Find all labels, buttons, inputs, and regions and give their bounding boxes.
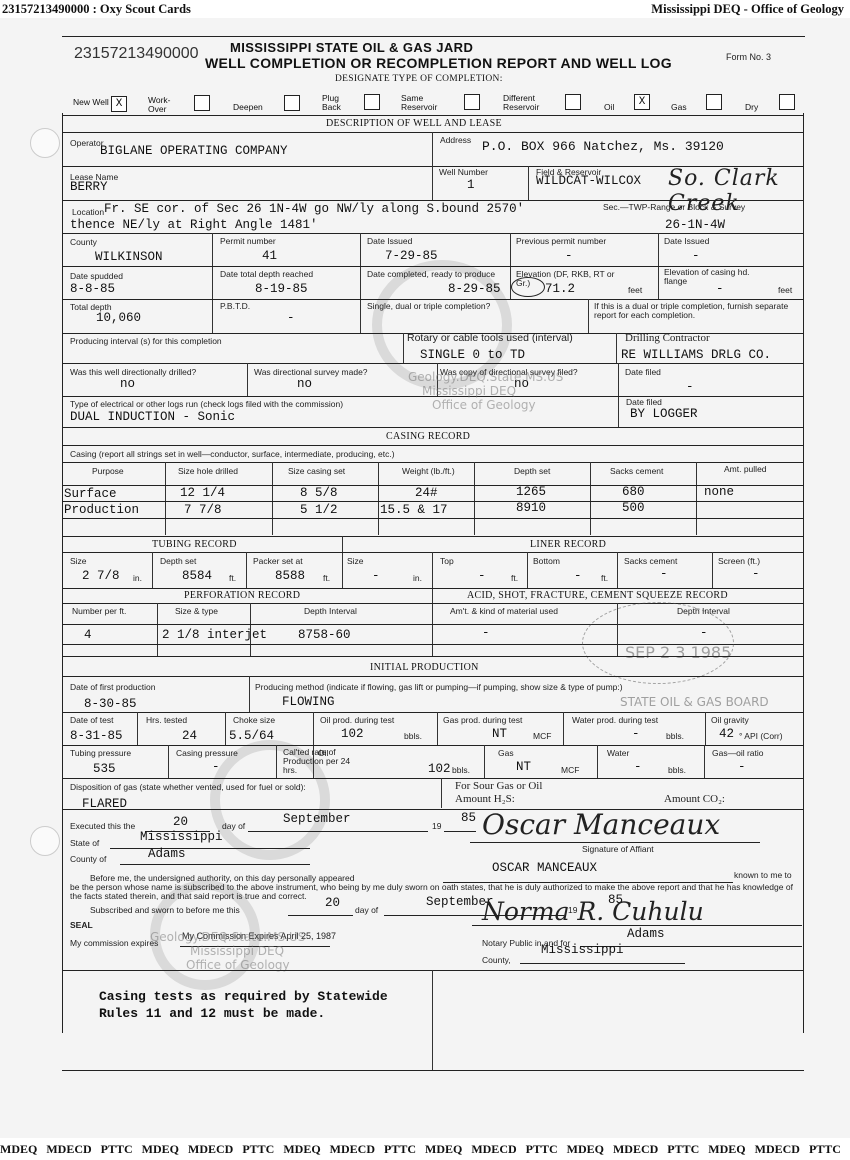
casing-cell: 5 1/2 — [300, 503, 338, 517]
label-gas: Gas — [671, 103, 687, 112]
form-title: WELL COMPLETION OR RECOMPLETION REPORT A… — [205, 55, 672, 71]
td-reached-value: 8-19-85 — [255, 282, 308, 296]
divider — [62, 36, 805, 37]
affiant-signature: Oscar Manceaux — [482, 808, 720, 841]
gas-test-unit: MCF — [533, 732, 551, 741]
watermark-text: Geology.DEQ.State.MS.US — [408, 370, 563, 384]
day-of-label: day of — [222, 822, 245, 831]
frame-left — [62, 113, 63, 1033]
divider — [62, 536, 804, 537]
commission-label: My commission expires — [70, 939, 158, 948]
punch-hole-icon — [30, 128, 60, 158]
well-number-label: Well Number — [439, 168, 488, 177]
acid-col-header: Am't. & kind of material used — [450, 607, 558, 616]
divider — [246, 552, 247, 588]
casing-col-header: Weight (lb./ft.) — [402, 467, 455, 476]
perf-cell: 4 — [84, 628, 92, 642]
label-different-reservoir: Different Reservoir — [503, 94, 553, 111]
well-number-value: 1 — [467, 178, 475, 192]
tubing-size-label: Size — [70, 557, 87, 566]
divider — [563, 712, 564, 745]
casing-cell: Surface — [64, 487, 117, 501]
casing-elevation-value: - — [716, 282, 724, 296]
first-production-label: Date of first production — [70, 683, 156, 692]
producing-interval-label: Producing interval (s) for this completi… — [70, 337, 222, 346]
divider — [137, 712, 138, 745]
divider — [590, 462, 591, 535]
logs-value: DUAL INDUCTION - Sonic — [70, 410, 235, 424]
gas-test-value: NT — [492, 727, 507, 741]
checkbox-new-well[interactable]: X — [111, 96, 127, 112]
first-production-value: 8-30-85 — [84, 697, 137, 711]
producing-method-label: Producing method (indicate if flowing, g… — [255, 683, 623, 692]
date-issued-label: Date Issued — [367, 237, 412, 246]
gor-label: Gas—oil ratio — [712, 749, 764, 758]
divider — [62, 427, 804, 428]
section-liner: LINER RECORD — [530, 539, 606, 550]
prev-date-issued-label: Date Issued — [664, 237, 709, 246]
water-unit: bbls. — [668, 766, 686, 775]
divider — [62, 299, 804, 300]
casing-cell: 8910 — [516, 501, 546, 515]
acid-cell: - — [482, 626, 490, 640]
divider — [588, 299, 589, 333]
divider — [62, 501, 804, 502]
perf-col-header: Size & type — [175, 607, 218, 616]
date-spudded-value: 8-8-85 — [70, 282, 115, 296]
underline — [520, 963, 685, 964]
survey-value: no — [297, 377, 312, 391]
divider — [62, 676, 804, 677]
divider — [616, 333, 617, 363]
location-line1: Fr. SE cor. of Sec 26 1N-4W go NW/ly alo… — [104, 202, 524, 216]
executed-label: Executed this the — [70, 822, 135, 831]
perf-cell: 2 1/8 interjet — [162, 628, 267, 642]
divider — [62, 200, 804, 201]
notary-signature: Norma R. Cuhulu — [482, 897, 704, 926]
designate-label: DESIGNATE TYPE OF COMPLETION: — [335, 74, 503, 84]
divider — [247, 363, 248, 396]
divider — [212, 233, 213, 333]
water-value: - — [634, 760, 642, 774]
casing-cell: 1265 — [516, 485, 546, 499]
frame-right — [803, 113, 804, 1033]
field-value: WILDCAT-WILCOX — [536, 174, 641, 188]
liner-size-label: Size — [347, 557, 364, 566]
label-oil: Oil — [604, 103, 614, 112]
date-completed-label: Date completed, ready to produce — [367, 270, 502, 279]
divider — [712, 552, 713, 588]
choke-size-value: 5.5/64 — [229, 729, 274, 743]
state-value: Mississippi — [140, 830, 223, 844]
divider — [249, 676, 250, 712]
operator-value: BIGLANE OPERATING COMPANY — [100, 144, 288, 158]
label-dry: Dry — [745, 103, 758, 112]
oil-gravity-unit: ° API (Corr) — [739, 732, 783, 741]
checkbox-same-reservoir[interactable] — [464, 94, 480, 110]
divider — [62, 712, 804, 713]
county2-label: County, — [482, 956, 511, 965]
address-label: Address — [440, 136, 471, 145]
affiant-name: OSCAR MANCEAUX — [492, 861, 597, 875]
agency-title: Mississippi DEQ - Office of Geology — [651, 2, 844, 17]
casing-col-header: Amt. pulled — [724, 465, 767, 474]
circled-df-mark — [511, 277, 545, 297]
rotary-label: Rotary or cable tools used (interval) — [407, 333, 573, 344]
casing-cell: 680 — [622, 485, 645, 499]
date-issued-value: 7-29-85 — [385, 249, 438, 263]
liner-bottom-label: Bottom — [533, 557, 560, 566]
label-new-well: New Well — [73, 98, 109, 107]
divider — [62, 233, 804, 234]
permit-label: Permit number — [220, 237, 276, 246]
co2-label: Amount CO₂: — [664, 794, 725, 806]
remarks-line2: Rules 11 and 12 must be made. — [99, 1005, 325, 1022]
sour-gas-label: For Sour Gas or Oil — [455, 781, 542, 793]
document-id: 23157213490000 — [74, 45, 199, 63]
perf-col-header: Depth Interval — [304, 607, 357, 616]
casing-elevation-unit: feet — [778, 286, 792, 295]
subscribed-day: 20 — [325, 896, 340, 910]
stamp-text: STATE OIL & GAS BOARD — [620, 695, 769, 709]
hours-tested-value: 24 — [182, 729, 197, 743]
date-spudded-label: Date spudded — [70, 272, 123, 281]
divider — [403, 333, 404, 363]
section-perforation: PERFORATION RECORD — [184, 590, 300, 601]
water-test-unit: bbls. — [666, 732, 684, 741]
logs-date-filed-value: BY LOGGER — [630, 407, 698, 421]
oil-test-unit: bbls. — [404, 732, 422, 741]
gas-unit: MCF — [561, 766, 579, 775]
rotary-value: SINGLE 0 to TD — [420, 348, 525, 362]
casing-cell: 7 7/8 — [184, 503, 222, 517]
oil-gravity-value: 42 — [719, 727, 734, 741]
previous-permit-value: - — [565, 249, 573, 263]
address-value: P.O. BOX 966 Natchez, Ms. 39120 — [482, 139, 724, 154]
tubing-size-value: 2 7/8 — [82, 569, 120, 583]
divider — [62, 132, 804, 133]
underline — [288, 915, 353, 916]
divider — [527, 552, 528, 588]
gor-value: - — [738, 760, 746, 774]
divider — [704, 745, 705, 778]
sec-twp-value: 26-1N-4W — [665, 218, 725, 232]
date-filed-label: Date filed — [625, 368, 661, 377]
liner-screen-value: - — [752, 567, 760, 581]
underline — [120, 864, 310, 865]
section-tubing: TUBING RECORD — [152, 539, 237, 550]
document-title: 23157213490000 : Oxy Scout Cards — [2, 2, 191, 17]
divider — [441, 778, 442, 808]
divider — [432, 970, 433, 1070]
contractor-value: RE WILLIAMS DRLG CO. — [621, 348, 771, 362]
checkbox-deepen[interactable] — [284, 95, 300, 111]
oil-unit: bbls. — [452, 766, 470, 775]
divider — [62, 445, 804, 446]
elevation-unit: feet — [628, 286, 642, 295]
lease-value: BERRY — [70, 180, 108, 194]
divider — [437, 712, 438, 745]
stamp-date: SEP 2 3 1985 — [625, 643, 731, 662]
test-date-value: 8-31-85 — [70, 729, 123, 743]
divider — [62, 656, 804, 657]
perf-cell: 8758-60 — [298, 628, 351, 642]
punch-hole-icon — [30, 826, 60, 856]
tubing-pressure-label: Tubing pressure — [70, 749, 131, 758]
directional-label: Was this well directionally drilled? — [70, 368, 196, 377]
elevation-value: 71.2 — [545, 282, 575, 296]
divider — [62, 778, 804, 779]
tubing-depth-value: 8584 — [182, 569, 212, 583]
tubing-size-unit: in. — [133, 574, 142, 583]
checkbox-gas[interactable] — [706, 94, 722, 110]
header-bar: 23157213490000 : Oxy Scout Cards Mississ… — [0, 0, 850, 18]
underline — [470, 842, 760, 843]
liner-screen-label: Screen (ft.) — [718, 557, 760, 566]
divider — [225, 712, 226, 745]
divider — [62, 588, 804, 589]
divider — [474, 462, 475, 535]
divider — [342, 536, 343, 588]
casing-cell: 500 — [622, 501, 645, 515]
county-of-value: Adams — [148, 847, 186, 861]
watermark-text: Geology.DEQ.State.MS.US — [150, 930, 305, 944]
form-agency-title: MISSISSIPPI STATE OIL & GAS JARD — [230, 40, 473, 55]
county-of-label: County of — [70, 855, 106, 864]
section-casing: CASING RECORD — [386, 431, 470, 442]
casing-note: Casing (report all strings set in well—c… — [70, 450, 395, 459]
label-deepen: Deepen — [233, 103, 263, 112]
notary-state-value: Mississippi — [541, 943, 624, 957]
divider — [62, 603, 804, 604]
choke-size-label: Choke size — [233, 716, 275, 725]
divider — [157, 603, 158, 656]
packer-label: Packer set at — [253, 557, 303, 566]
underline — [110, 848, 310, 849]
oil-value: 102 — [428, 762, 451, 776]
divider — [62, 1070, 804, 1071]
executed-year: 85 — [461, 811, 476, 825]
packer-value: 8588 — [275, 569, 305, 583]
label-plug-back: Plug Back — [322, 94, 352, 111]
divider — [62, 552, 804, 553]
liner-sacks-value: - — [660, 567, 668, 581]
divider — [432, 166, 433, 200]
liner-size-unit: in. — [413, 574, 422, 583]
casing-pressure-label: Casing pressure — [176, 749, 238, 758]
casing-col-header: Sacks cement — [610, 467, 663, 476]
divider — [272, 462, 273, 535]
location-label: Location — [72, 208, 104, 217]
seal-label: SEAL — [70, 921, 93, 930]
directional-value: no — [120, 377, 135, 391]
location-line2: thence NE/ly at Right Angle 1481' — [70, 218, 318, 232]
checkbox-different-reservoir[interactable] — [565, 94, 581, 110]
date-filed-value: - — [686, 380, 694, 394]
divider — [528, 166, 529, 200]
logs-label: Type of electrical or other logs run (ch… — [70, 400, 343, 409]
divider — [168, 745, 169, 778]
casing-col-header: Purpose — [92, 467, 124, 476]
label-work-over: Work-Over — [148, 96, 178, 113]
survey-label: Was directional survey made? — [254, 368, 368, 377]
oil-test-label: Oil prod. during test — [320, 716, 394, 725]
liner-size-value: - — [372, 569, 380, 583]
casing-cell: Production — [64, 503, 139, 517]
water-label: Water — [607, 749, 629, 758]
water-test-label: Water prod. during test — [572, 716, 658, 725]
casing-pressure-value: - — [212, 760, 220, 774]
county-value: WILKINSON — [95, 250, 163, 264]
previous-permit-label: Previous permit number — [516, 237, 606, 246]
casing-cell: 24# — [415, 486, 438, 500]
casing-col-header: Size casing set — [288, 467, 345, 476]
perf-col-header: Number per ft. — [72, 607, 126, 616]
checkbox-work-over[interactable] — [194, 95, 210, 111]
divider — [276, 745, 277, 778]
liner-top-value: - — [478, 569, 486, 583]
footer-agency-band: MDEQ MDECD PTTC MDEQ MDECD PTTC MDEQ MDE… — [0, 1142, 850, 1157]
divider — [62, 745, 804, 746]
packer-unit: ft. — [323, 574, 330, 583]
casing-col-header: Size hole drilled — [178, 467, 238, 476]
divider — [62, 518, 804, 519]
signature-label: Signature of Affiant — [582, 845, 654, 854]
contractor-label: Drilling Contractor — [625, 333, 710, 345]
notary-county-value: Adams — [627, 927, 665, 941]
gas-value: NT — [516, 760, 531, 774]
divider — [432, 132, 433, 166]
tubing-depth-unit: ft. — [229, 574, 236, 583]
watermark-text: Mississippi DEQ — [190, 944, 284, 958]
label-same-reservoir: Same Reservoir — [401, 94, 451, 111]
tubing-pressure-value: 535 — [93, 762, 116, 776]
divider — [62, 462, 804, 463]
section-acid: ACID, SHOT, FRACTURE, CEMENT SQUEEZE REC… — [467, 590, 728, 601]
oil-gravity-label: Oil gravity — [711, 716, 749, 725]
underline — [248, 831, 428, 832]
subscribed-label: Subscribed and sworn to before me this — [90, 906, 240, 915]
water-test-value: - — [632, 727, 640, 741]
underline — [472, 925, 802, 926]
known-text: known to me to — [734, 871, 792, 880]
gas-test-label: Gas prod. during test — [443, 716, 522, 725]
liner-bottom-value: - — [574, 569, 582, 583]
casing-cell: 12 1/4 — [180, 486, 225, 500]
executed-month: September — [283, 812, 351, 826]
checkbox-oil[interactable]: X — [634, 94, 650, 110]
gas-label: Gas — [498, 749, 514, 758]
divider — [617, 552, 618, 588]
divider — [484, 745, 485, 778]
completion-question-label: Single, dual or triple completion? — [367, 302, 490, 311]
section-description: DESCRIPTION OF WELL AND LEASE — [326, 118, 502, 129]
year-prefix: 19 — [432, 822, 441, 831]
h2s-label: Amount H₂S: — [455, 794, 515, 806]
watermark-text: Office of Geology — [432, 398, 536, 412]
divider — [62, 970, 804, 971]
liner-bottom-unit: ft. — [601, 574, 608, 583]
liner-top-unit: ft. — [511, 574, 518, 583]
prev-date-issued-value: - — [692, 249, 700, 263]
divider — [62, 115, 804, 116]
td-reached-label: Date total depth reached — [220, 270, 313, 279]
oil-test-value: 102 — [341, 727, 364, 741]
form-number: Form No. 3 — [726, 53, 771, 62]
casing-cell: 15.5 & 17 — [380, 503, 448, 517]
executed-day: 20 — [173, 815, 188, 829]
casing-col-header: Depth set — [514, 467, 550, 476]
divider — [360, 233, 361, 333]
remarks-line1: Casing tests as required by Statewide — [99, 988, 388, 1005]
casing-cell: 8 5/8 — [300, 486, 338, 500]
disposition-label: Disposition of gas (state whether vented… — [70, 783, 306, 792]
logs-date-filed-label: Date filed — [626, 398, 662, 407]
pbtd-value: - — [287, 311, 295, 325]
divider — [696, 462, 697, 535]
hours-tested-label: Hrs. tested — [146, 716, 187, 725]
casing-cell: none — [704, 485, 734, 499]
subscribed-day-of-label: day of — [355, 906, 378, 915]
checkbox-dry[interactable] — [779, 94, 795, 110]
divider — [62, 363, 804, 364]
divider — [432, 552, 433, 656]
pbtd-label: P.B.T.D. — [220, 302, 250, 311]
underline — [444, 831, 476, 832]
divider — [152, 552, 153, 588]
divider — [618, 363, 619, 427]
oil-label: Oil — [318, 749, 328, 758]
test-date-label: Date of test — [70, 716, 113, 725]
divider — [378, 462, 379, 535]
producing-method-value: FLOWING — [282, 695, 335, 709]
county-label: County — [70, 238, 97, 247]
state-label: State of — [70, 839, 99, 848]
completion-note: If this is a dual or triple completion, … — [594, 302, 794, 320]
date-completed-value: 8-29-85 — [448, 282, 501, 296]
permit-value: 41 — [262, 249, 277, 263]
operator-label: Operator — [70, 139, 104, 148]
watermark-text: Mississippi DEQ — [422, 384, 516, 398]
liner-sacks-label: Sacks cement — [624, 557, 677, 566]
tubing-depth-label: Depth set — [160, 557, 196, 566]
section-initial-production: INITIAL PRODUCTION — [370, 662, 479, 673]
liner-top-label: Top — [440, 557, 454, 566]
sec-twp-label: Sec.—TWP-Range or Block & Survey — [603, 203, 745, 212]
checkbox-plug-back[interactable] — [364, 94, 380, 110]
total-depth-value: 10,060 — [96, 311, 141, 325]
divider — [597, 745, 598, 778]
divider — [705, 712, 706, 745]
divider — [165, 462, 166, 535]
